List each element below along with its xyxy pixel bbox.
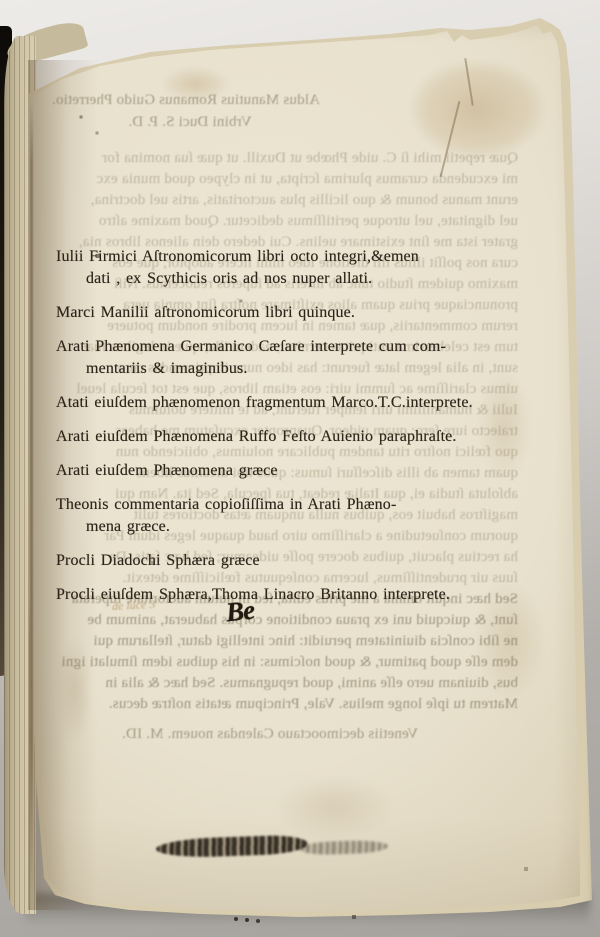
contents-entry: Marci Manilii aſtronomicorum libri quinq… — [56, 302, 538, 324]
showthrough-line: mi excudenda curamus plurima ſcripta, ut… — [58, 171, 518, 188]
book-photograph: Aldus Manutius Romanus Guido Pherretio. … — [0, 0, 600, 937]
showthrough-line: bus, diuinam uero eſſe animi, quod repug… — [58, 675, 518, 692]
showthrough-line: Matrem tu ipſe longe melius. Vale, Princ… — [58, 696, 518, 713]
contents-entry: Arati eiuſdem Phænomena Ruffo Feſto Auie… — [56, 426, 538, 448]
contents-entry-line: dati , ex Scythicis oris ad nos nuper al… — [86, 268, 538, 290]
contents-entry-line: Arati Phænomena Germanico Cæſare interpr… — [56, 336, 538, 358]
contents-entry-line: Marci Manilii aſtronomicorum libri quinq… — [56, 302, 538, 324]
contents-entry-line: Atati eiuſdem phænomenon fragmentum Marc… — [56, 392, 538, 414]
contents-entry-line: mentariis & imaginibus. — [86, 358, 538, 380]
showthrough-line: ne ſibi conſcia diuinitatem peruidit: hi… — [58, 633, 518, 650]
contents-list: Iulii Firmici Aſtronomicorum libri octo … — [56, 246, 538, 618]
contents-entry-line: mena græce. — [86, 516, 538, 538]
showthrough-line: uel dignitate, uel utroque peritiſſimus … — [58, 213, 518, 230]
contents-entry: Arati eiuſdem Phænomena græce — [56, 460, 538, 482]
contents-entry-line: Iulii Firmici Aſtronomicorum libri octo … — [56, 246, 538, 268]
bottom-edge-dots — [234, 917, 238, 921]
contents-entry: Arati Phænomena Germanico Cæſare interpr… — [56, 336, 538, 380]
showthrough-footer-line: Venetiis decimooctauo Calendas nouem. M.… — [100, 726, 440, 743]
contents-entry: Atati eiuſdem phænomenon fragmentum Marc… — [56, 392, 538, 414]
contents-entry: Theonis commentaria copioſiſſima in Arat… — [56, 494, 538, 538]
contents-entry-line: Arati eiuſdem Phænomena græce — [56, 460, 538, 482]
contents-entry: Iulii Firmici Aſtronomicorum libri octo … — [56, 246, 538, 290]
showthrough-line: erunt manus bonum & quo licillis plus au… — [58, 192, 518, 209]
contents-entry-line: Arati eiuſdem Phænomena Ruffo Feſto Auie… — [56, 426, 538, 448]
showthrough-line: Quæ repetii mihi ſi C. uide Phœbe ut Dux… — [58, 150, 518, 167]
contents-entry-line: Procli Diadochi Sphæra græce — [56, 550, 538, 572]
faded-marginal-note: de luce 3 — [112, 597, 156, 614]
contents-entry-line: Theonis commentaria copioſiſſima in Arat… — [56, 494, 538, 516]
showthrough-line: dem eſſe quod patimur, & quod noſcimus: … — [58, 654, 518, 671]
handwritten-inscription: Be — [224, 595, 255, 629]
contents-entry: Procli Diadochi Sphæra græce — [56, 550, 538, 572]
